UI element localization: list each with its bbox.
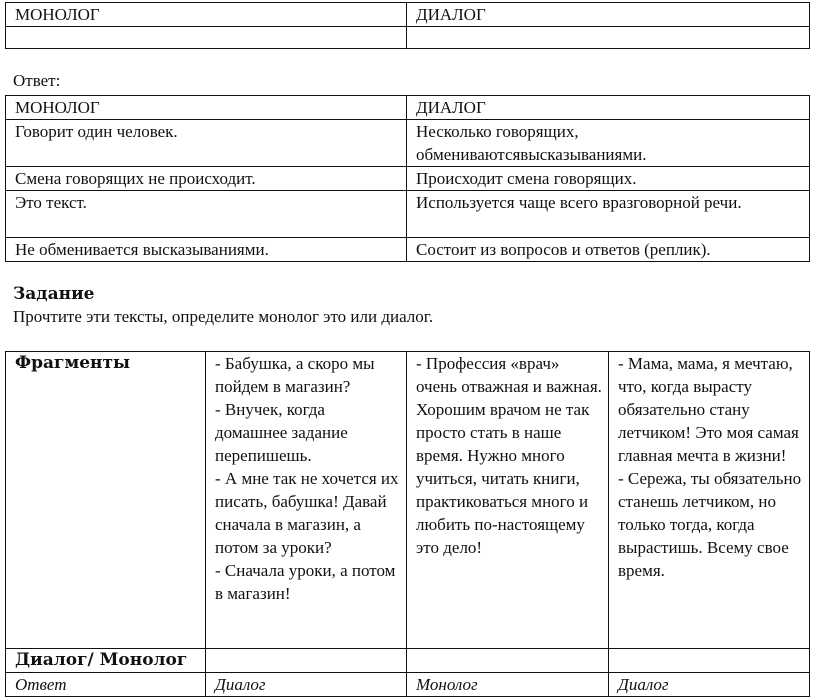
fragment-line: - Бабушка, а скоро мы пойдем в магазин? — [215, 352, 400, 398]
table-cell: Используется чаще всего вразговорной реч… — [407, 191, 810, 238]
table-cell: Это текст. — [6, 191, 407, 238]
blank-comparison-table: МОНОЛОГ ДИАЛОГ — [5, 2, 810, 49]
answer-comparison-table: МОНОЛОГ ДИАЛОГ Говорит один человек. Нес… — [5, 95, 810, 262]
fragment-3: - Мама, мама, я мечтаю, что, когда вырас… — [609, 352, 810, 649]
task-title: Задание — [13, 284, 95, 304]
fragments-table: Фрагменты - Бабушка, а скоро мы пойдем в… — [5, 351, 810, 697]
blank-cell-dialog — [407, 27, 810, 49]
header-monolog: МОНОЛОГ — [6, 96, 407, 120]
table-cell: Состоит из вопросов и ответов (реплик). — [407, 238, 810, 262]
type-cell-3 — [609, 649, 810, 673]
type-cell-1 — [206, 649, 407, 673]
type-cell-2 — [407, 649, 609, 673]
blank-cell-monolog — [6, 27, 407, 49]
fragment-1: - Бабушка, а скоро мы пойдем в магазин? … — [206, 352, 407, 649]
task-instruction: Прочтите эти тексты, определите монолог … — [13, 307, 433, 327]
fragment-line: - Сережа, ты обязательно станешь летчико… — [618, 467, 803, 582]
fragment-line: - Сначала уроки, а потом в магазин! — [215, 559, 400, 605]
answer-cell-1: Диалог — [206, 673, 407, 697]
answer-label: Ответ: — [13, 71, 60, 91]
table-cell: Несколько говорящих, обмениваютсявысказы… — [407, 120, 810, 167]
answer-row-header: Ответ — [6, 673, 206, 697]
fragments-row-header: Фрагменты — [6, 352, 206, 649]
header-dialog: ДИАЛОГ — [407, 3, 810, 27]
fragment-line: - Профессия «врач» очень отважная и важн… — [416, 352, 602, 559]
table-cell: Не обменивается высказываниями. — [6, 238, 407, 262]
type-row-header: Диалог/ Монолог — [6, 649, 206, 673]
answer-cell-2: Монолог — [407, 673, 609, 697]
fragment-2: - Профессия «врач» очень отважная и важн… — [407, 352, 609, 649]
table-cell: Говорит один человек. — [6, 120, 407, 167]
header-monolog: МОНОЛОГ — [6, 3, 407, 27]
answer-cell-3: Диалог — [609, 673, 810, 697]
table-cell: Смена говорящих не происходит. — [6, 167, 407, 191]
table-cell: Происходит смена говорящих. — [407, 167, 810, 191]
fragment-line: - Мама, мама, я мечтаю, что, когда вырас… — [618, 352, 803, 467]
fragment-line: - Внучек, когда домашнее задание перепиш… — [215, 398, 400, 467]
header-dialog: ДИАЛОГ — [407, 96, 810, 120]
fragment-line: - А мне так не хочется их писать, бабушк… — [215, 467, 400, 559]
